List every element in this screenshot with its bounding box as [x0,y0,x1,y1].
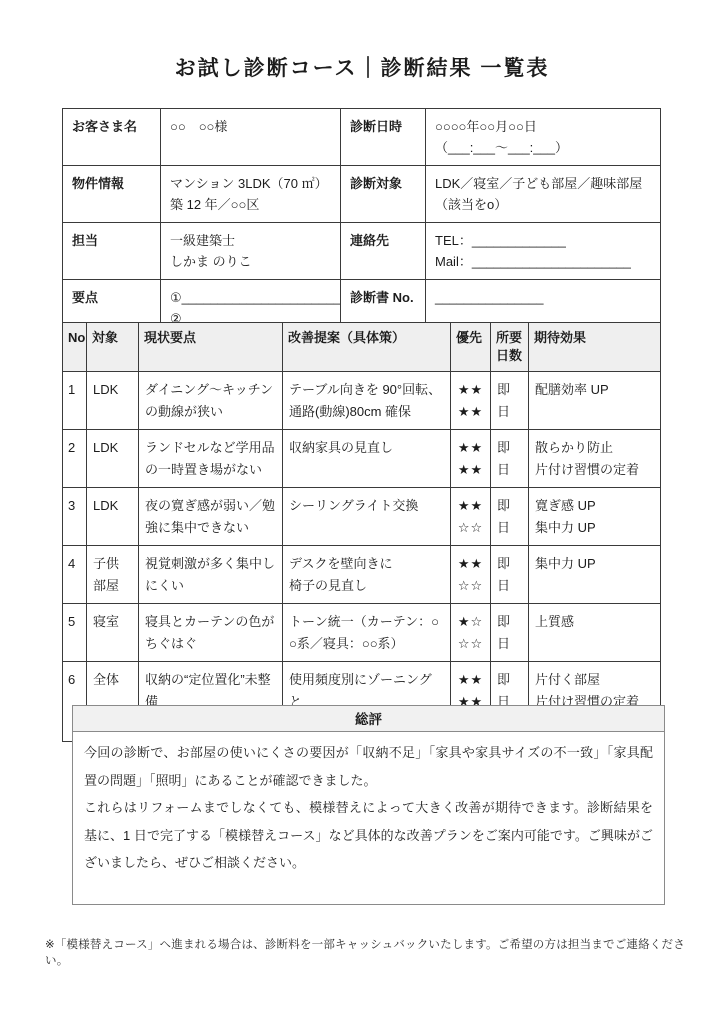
row-target: 寝室 [87,604,139,662]
info-row-customer: お客さま名 ○○ ○○様 診断日時 ○○○○年○○月○○日 （___:___～_… [63,109,661,166]
contact-label: 連絡先 [341,223,426,280]
summary-box: 総評 今回の診断で、お部屋の使いにくさの要因が「収納不足」「家具や家具サイズの不… [72,705,665,905]
row-proposal: 収納家具の見直し [283,430,451,488]
row-proposal: シーリングライト交換 [283,488,451,546]
page-title: お試し診断コース｜診断結果 一覧表 [0,52,724,82]
contact-value: TEL：_____________ Mail：_________________… [426,223,661,280]
info-row-property: 物件情報 マンション 3LDK（70 ㎡） 築 12 年／○○区 診断対象 LD… [63,166,661,223]
document-page: お試し診断コース｜診断結果 一覧表 お客さま名 ○○ ○○様 診断日時 ○○○○… [0,0,724,1024]
row-effect: 配膳効率 UP [529,372,661,430]
row-days: 即日 [491,546,529,604]
diagnosis-target-label: 診断対象 [341,166,426,223]
header-target: 対象 [87,323,139,372]
table-row: 2 LDK ランドセルなど学用品 の一時置き場がない 収納家具の見直し ★★ ★… [63,430,661,488]
summary-title: 総評 [73,706,664,732]
row-current: 夜の寛ぎ感が弱い／勉 強に集中できない [139,488,283,546]
header-proposal: 改善提案（具体策） [283,323,451,372]
row-target: LDK [87,488,139,546]
property-info-label: 物件情報 [63,166,161,223]
table-row: 1 LDK ダイニング～キッチン の動線が狭い テーブル向きを 90°回転、 通… [63,372,661,430]
table-row: 3 LDK 夜の寛ぎ感が弱い／勉 強に集中できない シーリングライト交換 ★★ … [63,488,661,546]
diagnosis-target-value: LDK／寝室／子ども部屋／趣味部屋 （該当をo） [426,166,661,223]
row-no: 1 [63,372,87,430]
customer-name-value: ○○ ○○様 [161,109,341,166]
summary-body: 今回の診断で、お部屋の使いにくさの要因が「収納不足」「家具や家具サイズの不一致」… [73,732,664,884]
row-no: 4 [63,546,87,604]
diagnosis-datetime-value: ○○○○年○○月○○日 （___:___～___:___） [426,109,661,166]
row-effect: 寛ぎ感 UP 集中力 UP [529,488,661,546]
header-effect: 期待効果 [529,323,661,372]
row-days: 即日 [491,488,529,546]
footnote: ※「模様替えコース」へ進まれる場合は、診断料を一部キャッシュバックいたします。ご… [45,936,705,968]
row-current: ランドセルなど学用品 の一時置き場がない [139,430,283,488]
row-target: LDK [87,372,139,430]
row-priority-stars: ★★ ☆☆ [451,488,491,546]
row-effect: 散らかり防止 片付け習慣の定着 [529,430,661,488]
row-days: 即日 [491,372,529,430]
customer-info-table: お客さま名 ○○ ○○様 診断日時 ○○○○年○○月○○日 （___:___～_… [62,108,661,358]
diagnosis-datetime-label: 診断日時 [341,109,426,166]
row-days: 即日 [491,604,529,662]
diagnosis-table-header-row: No. 対象 現状要点 改善提案（具体策） 優先 所要日数 期待効果 [63,323,661,372]
row-proposal: テーブル向きを 90°回転、 通路(動線)80cm 確保 [283,372,451,430]
row-priority-stars: ★★ ★★ [451,430,491,488]
row-effect: 集中力 UP [529,546,661,604]
row-current: 視覚刺激が多く集中し にくい [139,546,283,604]
header-days: 所要日数 [491,323,529,372]
table-row: 4 子供 部屋 視覚刺激が多く集中し にくい デスクを壁向きに 椅子の見直し ★… [63,546,661,604]
header-current: 現状要点 [139,323,283,372]
row-no: 3 [63,488,87,546]
row-proposal: デスクを壁向きに 椅子の見直し [283,546,451,604]
row-current: ダイニング～キッチン の動線が狭い [139,372,283,430]
row-priority-stars: ★★ ☆☆ [451,546,491,604]
row-effect: 上質感 [529,604,661,662]
row-days: 即日 [491,430,529,488]
row-proposal: トーン統一（カーテン：○ ○系／寝具：○○系） [283,604,451,662]
diagnosis-table: No. 対象 現状要点 改善提案（具体策） 優先 所要日数 期待効果 1 LDK… [62,322,661,742]
row-no: 5 [63,604,87,662]
row-current: 寝具とカーテンの色が ちぐはぐ [139,604,283,662]
row-priority-stars: ★★ ★★ [451,372,491,430]
table-row: 5 寝室 寝具とカーテンの色が ちぐはぐ トーン統一（カーテン：○ ○系／寝具：… [63,604,661,662]
row-no: 2 [63,430,87,488]
row-priority-stars: ★☆ ☆☆ [451,604,491,662]
customer-name-label: お客さま名 [63,109,161,166]
row-target: LDK [87,430,139,488]
info-row-staff: 担当 一級建築士 しかま のりこ 連絡先 TEL：_____________ M… [63,223,661,280]
staff-value: 一級建築士 しかま のりこ [161,223,341,280]
header-priority: 優先 [451,323,491,372]
header-no: No. [63,323,87,372]
row-target: 子供 部屋 [87,546,139,604]
property-info-value: マンション 3LDK（70 ㎡） 築 12 年／○○区 [161,166,341,223]
staff-label: 担当 [63,223,161,280]
